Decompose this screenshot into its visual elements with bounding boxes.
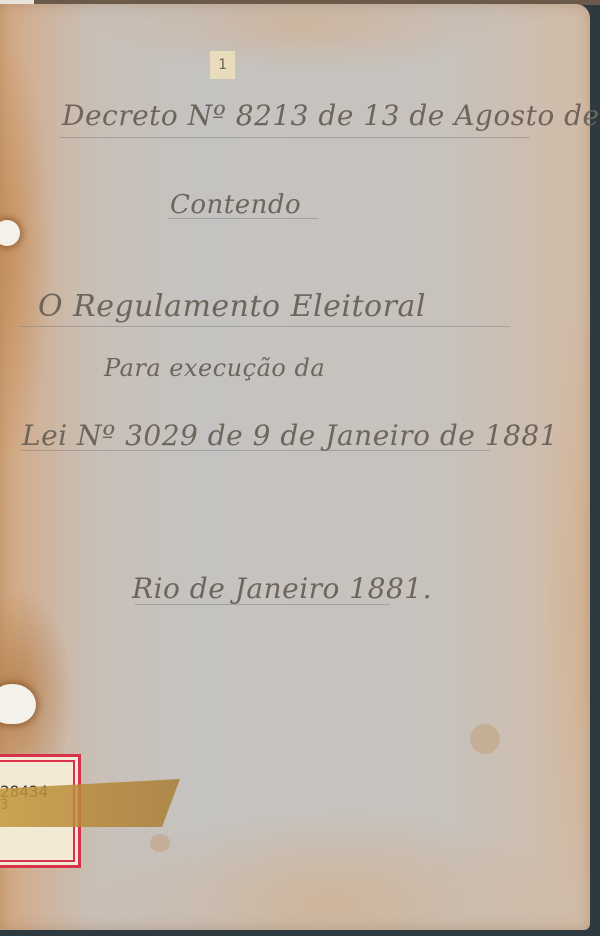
law-reference: Lei Nº 3029 de 9 de Janeiro de 1881: [22, 419, 558, 452]
ruled-line: [168, 218, 318, 219]
regulation-title: O Regulamento Eleitoral: [38, 289, 426, 324]
stain-spot: [150, 834, 170, 852]
execution-clause: Para execução da: [104, 354, 325, 382]
ruled-line: [60, 137, 530, 138]
contents-heading: Contendo: [170, 190, 301, 220]
document-cover-page: 1 Decreto Nº 8213 de 13 de Agosto de 188…: [0, 4, 590, 930]
ruled-line: [20, 450, 490, 451]
stain-spot: [470, 724, 500, 754]
ruled-line: [20, 326, 510, 327]
torn-hole-bottom: [0, 684, 36, 724]
decree-title: Decreto Nº 8213 de 13 de Agosto de 1881: [62, 99, 600, 132]
ruled-line: [135, 604, 390, 605]
punch-hole-top: [0, 220, 20, 246]
place-and-date: Rio de Janeiro 1881.: [132, 572, 432, 605]
page-number-label: 1: [210, 51, 235, 79]
